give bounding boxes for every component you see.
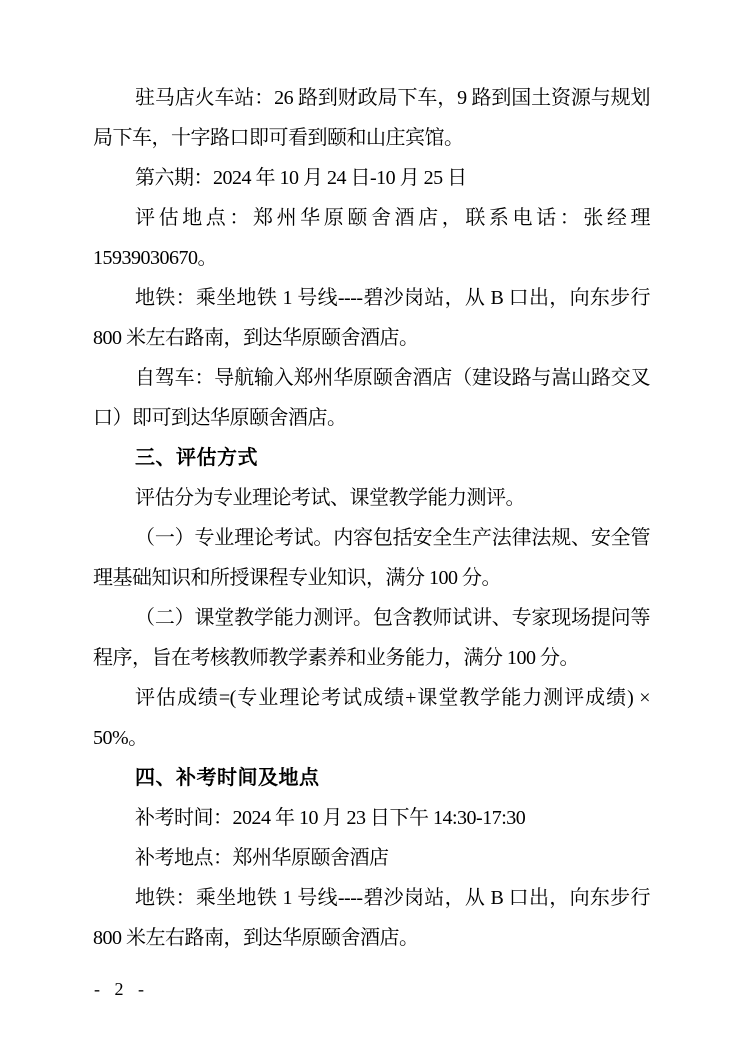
paragraph-line: 驻马店火车站：26 路到财政局下车，9 路到国土资源与规划 xyxy=(93,78,650,118)
paragraph-line: （一）专业理论考试。内容包括安全生产法律法规、安全管 xyxy=(93,518,650,558)
formula-line: 评估成绩=(专业理论考试成绩+课堂教学能力测评成绩) × xyxy=(93,678,650,718)
paragraph-line: （二）课堂教学能力测评。包含教师试讲、专家现场提问等 xyxy=(93,598,650,638)
paragraph-line: 补考时间：2024 年 10 月 23 日下午 14:30-17:30 xyxy=(93,798,650,838)
section-heading-makeup-exam: 四、补考时间及地点 xyxy=(93,758,650,798)
paragraph-line: 自驾车：导航输入郑州华原颐舍酒店（建设路与嵩山路交叉 xyxy=(93,358,650,398)
paragraph-line: 理基础知识和所授课程专业知识，满分 100 分。 xyxy=(93,558,650,598)
paragraph-line: 地铁：乘坐地铁 1 号线----碧沙岗站，从 B 口出，向东步行 xyxy=(93,278,650,318)
section-heading-evaluation-method: 三、评估方式 xyxy=(93,438,650,478)
document-page: 驻马店火车站：26 路到财政局下车，9 路到国土资源与规划 局下车，十字路口即可… xyxy=(0,0,744,1053)
formula-line: 50%。 xyxy=(93,718,650,758)
paragraph-line: 评估地点：郑州华原颐舍酒店，联系电话：张经理 xyxy=(93,198,650,238)
paragraph-line: 地铁：乘坐地铁 1 号线----碧沙岗站，从 B 口出，向东步行 xyxy=(93,878,650,918)
paragraph-line: 第六期：2024 年 10 月 24 日-10 月 25 日 xyxy=(93,158,650,198)
paragraph-line: 局下车，十字路口即可看到颐和山庄宾馆。 xyxy=(93,118,650,158)
paragraph-line: 800 米左右路南，到达华原颐舍酒店。 xyxy=(93,918,650,958)
paragraph-line: 补考地点：郑州华原颐舍酒店 xyxy=(93,838,650,878)
paragraph-line: 评估分为专业理论考试、课堂教学能力测评。 xyxy=(93,478,650,518)
paragraph-line: 程序，旨在考核教师教学素养和业务能力，满分 100 分。 xyxy=(93,638,650,678)
page-number: - 2 - xyxy=(94,978,149,1000)
document-body: 驻马店火车站：26 路到财政局下车，9 路到国土资源与规划 局下车，十字路口即可… xyxy=(93,78,650,958)
phone-number-line: 15939030670。 xyxy=(93,238,650,278)
paragraph-line: 口）即可到达华原颐舍酒店。 xyxy=(93,398,650,438)
paragraph-line: 800 米左右路南，到达华原颐舍酒店。 xyxy=(93,318,650,358)
